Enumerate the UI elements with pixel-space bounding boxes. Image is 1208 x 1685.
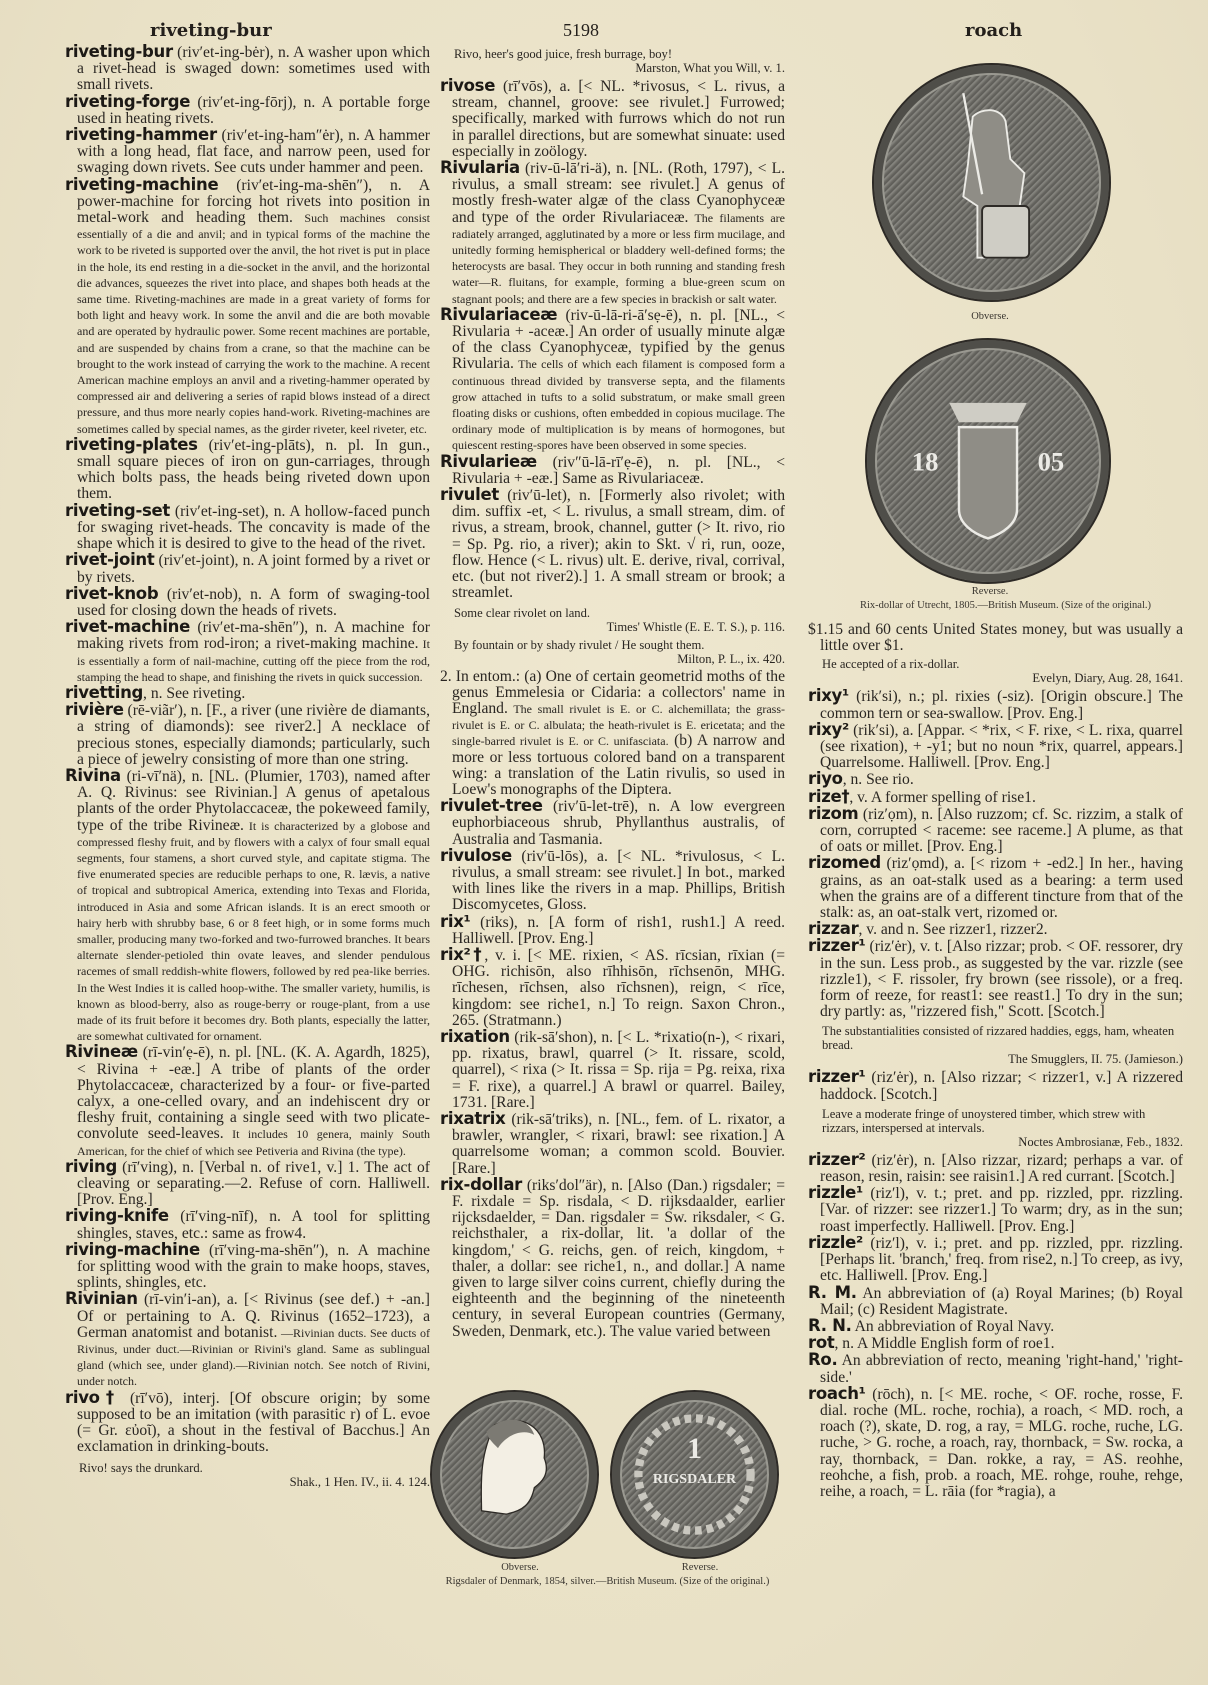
headword: R. N. xyxy=(808,1316,852,1335)
dictionary-entry: rivo† (rī′vō), interj. [Of obscure origi… xyxy=(65,1390,430,1456)
reverse-label: Reverse. xyxy=(640,1562,760,1573)
dictionary-entry: riving-machine (rī′ving-ma-shēn″), n. A … xyxy=(65,1242,430,1292)
dictionary-entry: riveting-machine (riv′et-ing-ma-shēn″), … xyxy=(65,177,430,437)
definition: (riz′ọm), n. [Also ruzzom; cf. Sc. rizzi… xyxy=(820,806,1183,855)
headword: riveting-hammer xyxy=(65,125,217,144)
dictionary-entry: riyo, n. See rio. xyxy=(808,771,1183,788)
dictionary-entry: rivulose (riv′ū-lōs), a. [< NL. *rivulos… xyxy=(440,848,785,914)
dictionary-entry: roach¹ (rōch), n. [< ME. roche, < OF. ro… xyxy=(808,1386,1183,1500)
definition: (riz′l), v. i.; pret. and pp. rizzled, p… xyxy=(820,1235,1183,1284)
quotation: By fountain or by shady rivulet / He sou… xyxy=(440,638,785,666)
headword: rivose xyxy=(440,76,495,95)
headword: Rivularia xyxy=(440,158,520,177)
headword: rixy² xyxy=(808,720,849,739)
quotation: He accepted of a rix-dollar.Evelyn, Diar… xyxy=(808,657,1183,685)
dictionary-entry: riving-knife (rī′ving-nīf), n. A tool fo… xyxy=(65,1208,430,1241)
column-middle: Rivo, heer's good juice, fresh burrage, … xyxy=(440,44,785,1340)
dictionary-entry: rixation (rik-sā′shon), n. [< L. *rixati… xyxy=(440,1029,785,1111)
dictionary-entry: Rivinian (rī-vin′i-an), a. [< Rivinus (s… xyxy=(65,1291,430,1389)
quotation: Rivo! says the drunkard.Shak., 1 Hen. IV… xyxy=(65,1461,430,1489)
headword: riyo xyxy=(808,769,843,788)
knight-shield-icon xyxy=(874,65,1109,300)
dictionary-entry: Rivulariaceæ (riv-ū-lā-ri-ā′sẹ-ē), n. pl… xyxy=(440,307,785,454)
headword: Rivularieæ xyxy=(440,452,537,471)
quotation: Some clear rivolet on land.Times' Whistl… xyxy=(440,606,785,634)
headword: riving-knife xyxy=(65,1206,169,1225)
dictionary-entry: Rivularieæ (riv″ū-lā-rī′ẹ-ē), n. pl. [NL… xyxy=(440,454,785,487)
obverse-label: Obverse. xyxy=(460,1562,580,1573)
definition: , n. See riveting. xyxy=(143,685,245,702)
dictionary-entry: rot, n. A Middle English form of roe1. xyxy=(808,1335,1183,1352)
dictionary-entry: rix-dollar (riks′dol″är), n. [Also (Dan.… xyxy=(440,1177,785,1340)
guide-word-right: roach xyxy=(965,20,1022,41)
definition: , n. A Middle English form of roe1. xyxy=(834,1335,1054,1352)
dictionary-entry: rivulet-tree (riv′ū-let-trē), n. A low e… xyxy=(440,798,785,848)
definition: (rī′vōs), a. [< NL. *rivosus, < L. rivus… xyxy=(452,78,785,160)
dictionary-entry: R. N. An abbreviation of Royal Navy. xyxy=(808,1318,1183,1335)
headword: rixation xyxy=(440,1027,510,1046)
dictionary-entry: R. M. An abbreviation of (a) Royal Marin… xyxy=(808,1285,1183,1318)
dictionary-entry: rize†, v. A former spelling of rise1. xyxy=(808,789,1183,806)
definition: An abbreviation of (a) Royal Marines; (b… xyxy=(820,1285,1183,1318)
coin-portrait-icon xyxy=(432,1392,597,1557)
dictionary-entry: rizzer¹ (riz′ėr), v. t. [Also rizzar; pr… xyxy=(808,938,1183,1020)
headword: Rivulariaceæ xyxy=(440,305,557,324)
headword: rizomed xyxy=(808,853,881,872)
dictionary-entry: rizzle¹ (riz′l), v. t.; pret. and pp. ri… xyxy=(808,1185,1183,1235)
svg-text:18: 18 xyxy=(912,447,939,477)
quotation: Leave a moderate fringe of unoystered ti… xyxy=(808,1107,1183,1149)
dictionary-entry: riveting-set (riv′et-ing-set), n. A holl… xyxy=(65,503,430,553)
headword: rix¹ xyxy=(440,912,470,931)
definition-continued: $1.15 and 60 cents United States money, … xyxy=(808,622,1183,654)
quotation-text: The substantialities consisted of rizzar… xyxy=(822,1024,1174,1052)
dictionary-entry: rix²†, v. i. [< ME. rixien, < AS. rīcsia… xyxy=(440,947,785,1029)
headword: rivet-knob xyxy=(65,584,158,603)
headword: rix²† xyxy=(440,945,484,964)
rixdollar-obverse-label: Obverse. xyxy=(930,311,1050,322)
dictionary-entry: rixy² (rik′si), a. [Appar. < *rix, < F. … xyxy=(808,722,1183,772)
definition: (riz′l), v. t.; pret. and pp. rizzled, p… xyxy=(820,1185,1183,1234)
quotation-citation: The Smugglers, II. 75. (Jamieson.) xyxy=(822,1052,1183,1066)
definition: (rik′si), n.; pl. rixies (-siz). [Origin… xyxy=(820,688,1183,721)
headword: Rivineæ xyxy=(65,1042,138,1061)
dictionary-entry: rivière (rē-viãr′), n. [F., a river (une… xyxy=(65,702,430,768)
headword: Ro. xyxy=(808,1350,837,1369)
quotation-text: Rivo! says the drunkard. xyxy=(79,1461,203,1475)
definition: An abbreviation of Royal Navy. xyxy=(852,1318,1055,1335)
dictionary-entry: riveting-bur (riv′et-ing-bėr), n. A wash… xyxy=(65,44,430,94)
headword: rot xyxy=(808,1333,834,1352)
headword: rivière xyxy=(65,700,124,719)
dictionary-entry: rizom (riz′ọm), n. [Also ruzzom; cf. Sc.… xyxy=(808,806,1183,856)
figure-caption: Rigsdaler of Denmark, 1854, silver.—Brit… xyxy=(420,1576,795,1587)
quotation-citation: Times' Whistle (E. E. T. S.), p. 116. xyxy=(454,620,785,634)
dictionary-entry: rivet-joint (riv′et-joint), n. A joint f… xyxy=(65,552,430,585)
headword: rivo† xyxy=(65,1388,120,1407)
headword: rizzer¹ xyxy=(808,1067,865,1086)
headword: riveting-bur xyxy=(65,42,173,61)
quotation-citation: Marston, What you Will, v. 1. xyxy=(454,61,785,75)
dictionary-entry: Rivularia (riv-ū-lā′ri-ä), n. [NL. (Roth… xyxy=(440,160,785,307)
quotation-text: Some clear rivolet on land. xyxy=(454,606,590,620)
headword: riveting-set xyxy=(65,501,170,520)
definition: (rōch), n. [< ME. roche, < OF. roche, ro… xyxy=(820,1386,1183,1500)
headword: rizzle² xyxy=(808,1233,863,1252)
definition: (riks), n. [A form of rish1, rush1.] A r… xyxy=(452,914,785,947)
dictionary-entry: Ro. An abbreviation of recto, meaning 'r… xyxy=(808,1352,1183,1385)
dictionary-entry: rixatrix (rik-sā′triks), n. [NL., fem. o… xyxy=(440,1111,785,1177)
definition: (rē-viãr′), n. [F., a river (une rivière… xyxy=(77,702,430,768)
svg-text:05: 05 xyxy=(1038,447,1065,477)
quotation: The substantialities consisted of rizzar… xyxy=(808,1024,1183,1066)
headword: rivet-joint xyxy=(65,550,154,569)
definition: An abbreviation of recto, meaning 'right… xyxy=(820,1352,1183,1385)
quotation: Rivo, heer's good juice, fresh burrage, … xyxy=(440,47,785,75)
definition: (rik′si), a. [Appar. < *rix, < F. rixe, … xyxy=(820,722,1183,771)
coin-wreath-icon: 1 RIGSDALER xyxy=(612,1392,777,1557)
coin-obverse-image xyxy=(430,1390,599,1559)
dictionary-entry: rix¹ (riks), n. [A form of rish1, rush1.… xyxy=(440,914,785,947)
quotation-citation: Noctes Ambrosianæ, Feb., 1832. xyxy=(822,1135,1183,1149)
quotation-citation: Shak., 1 Hen. IV., ii. 4. 124. xyxy=(79,1475,430,1489)
quotation-citation: Evelyn, Diary, Aug. 28, 1641. xyxy=(822,671,1183,685)
rixdollar-obverse-image xyxy=(872,63,1111,302)
dictionary-entry: rivet-machine (riv′et-ma-shēn″), n. A ma… xyxy=(65,619,430,685)
headword: rizzer¹ xyxy=(808,936,865,955)
headword: rizom xyxy=(808,804,858,823)
dictionary-entry: Rivina (ri-vī′nä), n. [NL. (Plumier, 170… xyxy=(65,768,430,1044)
headword: rivulose xyxy=(440,846,512,865)
headword: rixatrix xyxy=(440,1109,506,1128)
crowned-lion-shield-icon: 18 05 xyxy=(867,340,1109,582)
headword: rize† xyxy=(808,787,849,806)
quotation-citation: Milton, P. L., ix. 420. xyxy=(454,652,785,666)
headword: rivet-machine xyxy=(65,617,190,636)
headword: riveting-plates xyxy=(65,435,198,454)
dictionary-entry: rixy¹ (rik′si), n.; pl. rixies (-siz). [… xyxy=(808,688,1183,721)
quotation-text: Rivo, heer's good juice, fresh burrage, … xyxy=(454,47,672,61)
rixdollar-reverse-label: Reverse. xyxy=(930,586,1050,597)
definition: (rī′vō), interj. [Of obscure origin; by … xyxy=(77,1390,430,1456)
definition: , v. and n. See rizzer1, rizzer2. xyxy=(858,921,1047,938)
headword: rivetting xyxy=(65,683,143,702)
definition: (riks′dol″är), n. [Also (Dan.) rigsdaler… xyxy=(452,1177,785,1340)
dictionary-entry: Rivineæ (rī-vin′ẹ-ē), n. pl. [NL. (K. A.… xyxy=(65,1044,430,1158)
headword: roach¹ xyxy=(808,1384,866,1403)
headword: rivulet-tree xyxy=(440,796,543,815)
dictionary-entry: rivulet (riv′ū-let), n. [Formerly also r… xyxy=(440,487,785,601)
headword: R. M. xyxy=(808,1283,857,1302)
rixdollar-reverse-image: 18 05 xyxy=(865,338,1111,584)
definition: , n. See rio. xyxy=(843,771,914,788)
column-left: riveting-bur (riv′et-ing-bėr), n. A wash… xyxy=(65,44,430,1492)
dictionary-entry: riveting-hammer (riv′et-ing-ham″ėr), n. … xyxy=(65,127,430,177)
headword: rizzar xyxy=(808,919,858,938)
page-number: 5198 xyxy=(563,20,599,41)
definition: (riz′ėr), n. [Also rizzar, rizard; perha… xyxy=(820,1152,1183,1185)
coin-reverse-image: 1 RIGSDALER xyxy=(610,1390,779,1559)
dictionary-entry: rivet-knob (riv′et-nob), n. A form of sw… xyxy=(65,586,430,619)
dictionary-entry: riving (rī′ving), n. [Verbal n. of rive1… xyxy=(65,1159,430,1209)
guide-word-left: riveting-bur xyxy=(150,20,272,41)
dictionary-entry: rizzer² (riz′ėr), n. [Also rizzar, rizar… xyxy=(808,1152,1183,1185)
dictionary-page: riveting-bur 5198 roach riveting-bur (ri… xyxy=(0,0,1208,1685)
dictionary-entry: 2. In entom.: (a) One of certain geometr… xyxy=(440,669,785,799)
column-right: $1.15 and 60 cents United States money, … xyxy=(808,622,1183,1500)
headword: rivulet xyxy=(440,485,499,504)
quotation-text: Leave a moderate fringe of unoystered ti… xyxy=(822,1107,1145,1135)
headword: Rivinian xyxy=(65,1289,138,1308)
svg-text:RIGSDALER: RIGSDALER xyxy=(653,1472,737,1487)
headword: rizzer² xyxy=(808,1150,865,1169)
dictionary-entry: rizzer¹ (riz′ėr), n. [Also rizzar; < riz… xyxy=(808,1069,1183,1102)
headword: riveting-machine xyxy=(65,175,218,194)
quotation-text: He accepted of a rix-dollar. xyxy=(822,657,959,671)
definition-note: Such machines consist essentially of a d… xyxy=(77,211,430,436)
definition: , v. i. [< ME. rixien, < AS. rīcsian, rī… xyxy=(452,947,785,1029)
headword: riving xyxy=(65,1157,117,1176)
dictionary-entry: rizzle² (riz′l), v. i.; pret. and pp. ri… xyxy=(808,1235,1183,1285)
figure-rigsdaler: 1 RIGSDALER Obverse. Reverse. Rigsdaler … xyxy=(420,1380,800,1560)
quotation-text: By fountain or by shady rivulet / He sou… xyxy=(454,638,704,652)
rixdollar-caption: Rix-dollar of Utrecht, 1805.—British Mus… xyxy=(808,600,1203,611)
dictionary-entry: riveting-plates (riv′et-ing-plāts), n. p… xyxy=(65,437,430,503)
headword: riving-machine xyxy=(65,1240,200,1259)
headword: riveting-forge xyxy=(65,92,190,111)
dictionary-entry: rizomed (riz′ọmd), a. [< rizom + -ed2.] … xyxy=(808,855,1183,921)
definition: (riz′ėr), v. t. [Also rizzar; prob. < OF… xyxy=(820,938,1183,1020)
headword: rix-dollar xyxy=(440,1175,522,1194)
definition: (riz′ėr), n. [Also rizzar; < rizzer1, v.… xyxy=(820,1069,1183,1102)
dictionary-entry: riveting-forge (riv′et-ing-fōrj), n. A p… xyxy=(65,94,430,127)
svg-text:1: 1 xyxy=(687,1433,702,1465)
dictionary-entry: rivose (rī′vōs), a. [< NL. *rivosus, < L… xyxy=(440,78,785,160)
definition-note: It is characterized by a globose and com… xyxy=(77,819,430,1044)
headword: rixy¹ xyxy=(808,686,849,705)
headword: rizzle¹ xyxy=(808,1183,863,1202)
headword: Rivina xyxy=(65,766,121,785)
definition: (riv′ū-let), n. [Formerly also rivolet; … xyxy=(452,487,785,601)
definition: (rī′ving), n. [Verbal n. of rive1, v.] 1… xyxy=(77,1159,430,1208)
definition: , v. A former spelling of rise1. xyxy=(849,789,1036,806)
